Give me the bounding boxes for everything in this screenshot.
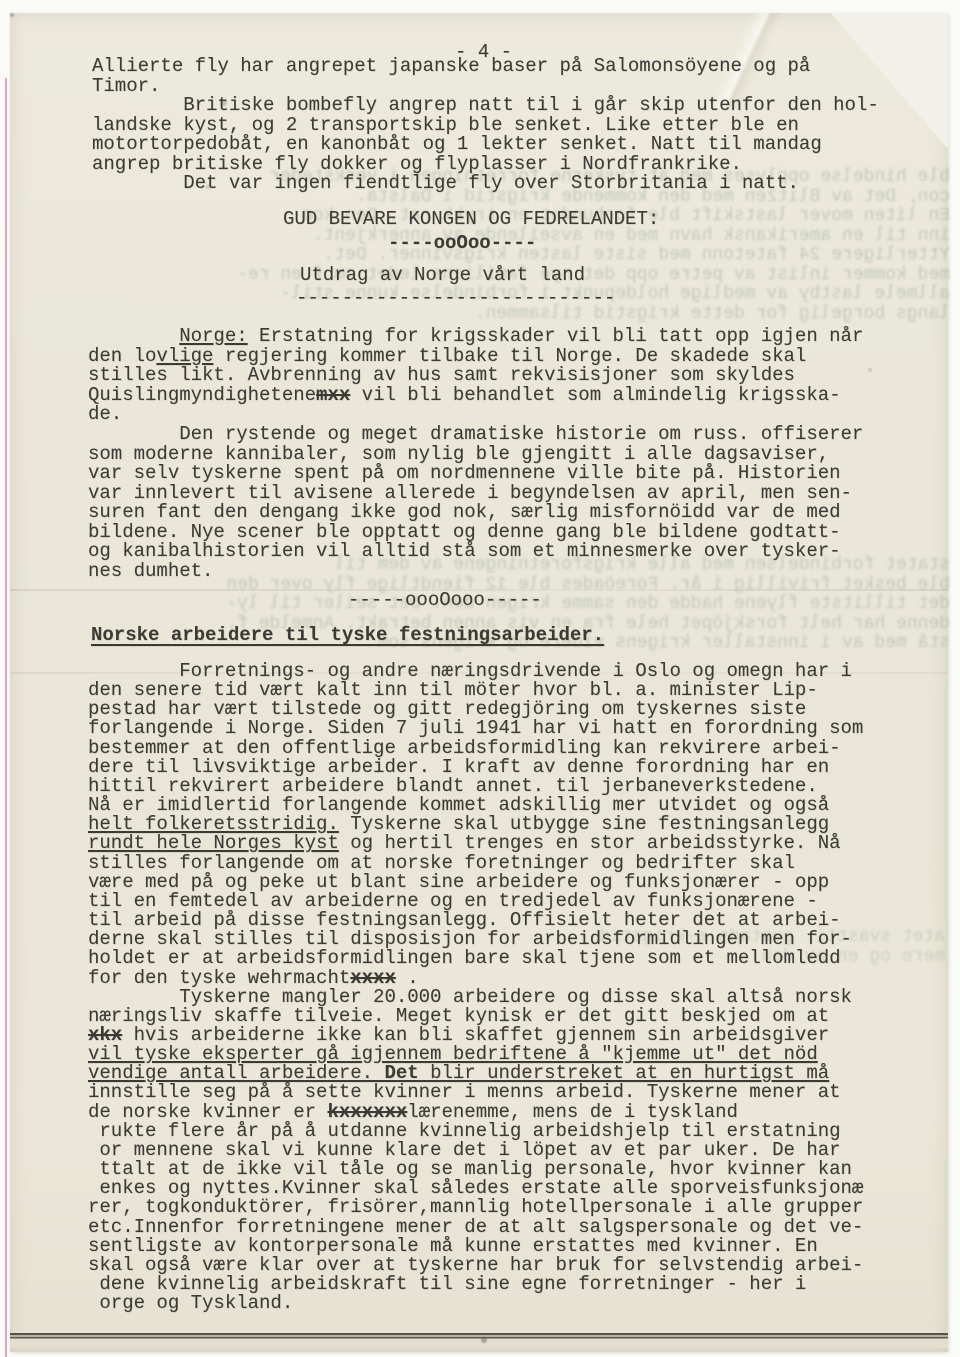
- norway-extract-paragraph: Norge: Erstatning for krigsskader vil bl…: [88, 327, 863, 425]
- paper-specks: [10, 13, 14, 17]
- war-news-paragraph: Allierte fly har angrepet japanske baser…: [92, 57, 879, 194]
- cannibal-story-paragraph: Den rystende og meget dramatiske histori…: [88, 425, 863, 581]
- section-separator: -----oooOooo-----: [348, 591, 542, 611]
- motto-separator: ----ooOoo----: [388, 234, 536, 254]
- labour-article-paragraph: Forretnings- og andre næringsdrivende i …: [88, 662, 863, 1313]
- bottom-fold-crease: [10, 1329, 948, 1349]
- scanner-edge-line: [5, 78, 7, 1357]
- extract-title-underline-dashes: ----------------------------: [296, 289, 615, 309]
- document-paper: ble hindelse opplyses med at tyskerne fo…: [10, 13, 948, 1352]
- royal-motto: GUD BEVARE KONGEN OG FEDRELANDET:: [283, 210, 659, 230]
- section-heading: Norske arbeidere til tyske festningsarbe…: [91, 626, 604, 646]
- scanned-document-screenshot: { "page": { "number_label": "- 4 -", "pa…: [0, 0, 960, 1357]
- extract-title: Utdrag av Norge vårt land: [300, 266, 585, 286]
